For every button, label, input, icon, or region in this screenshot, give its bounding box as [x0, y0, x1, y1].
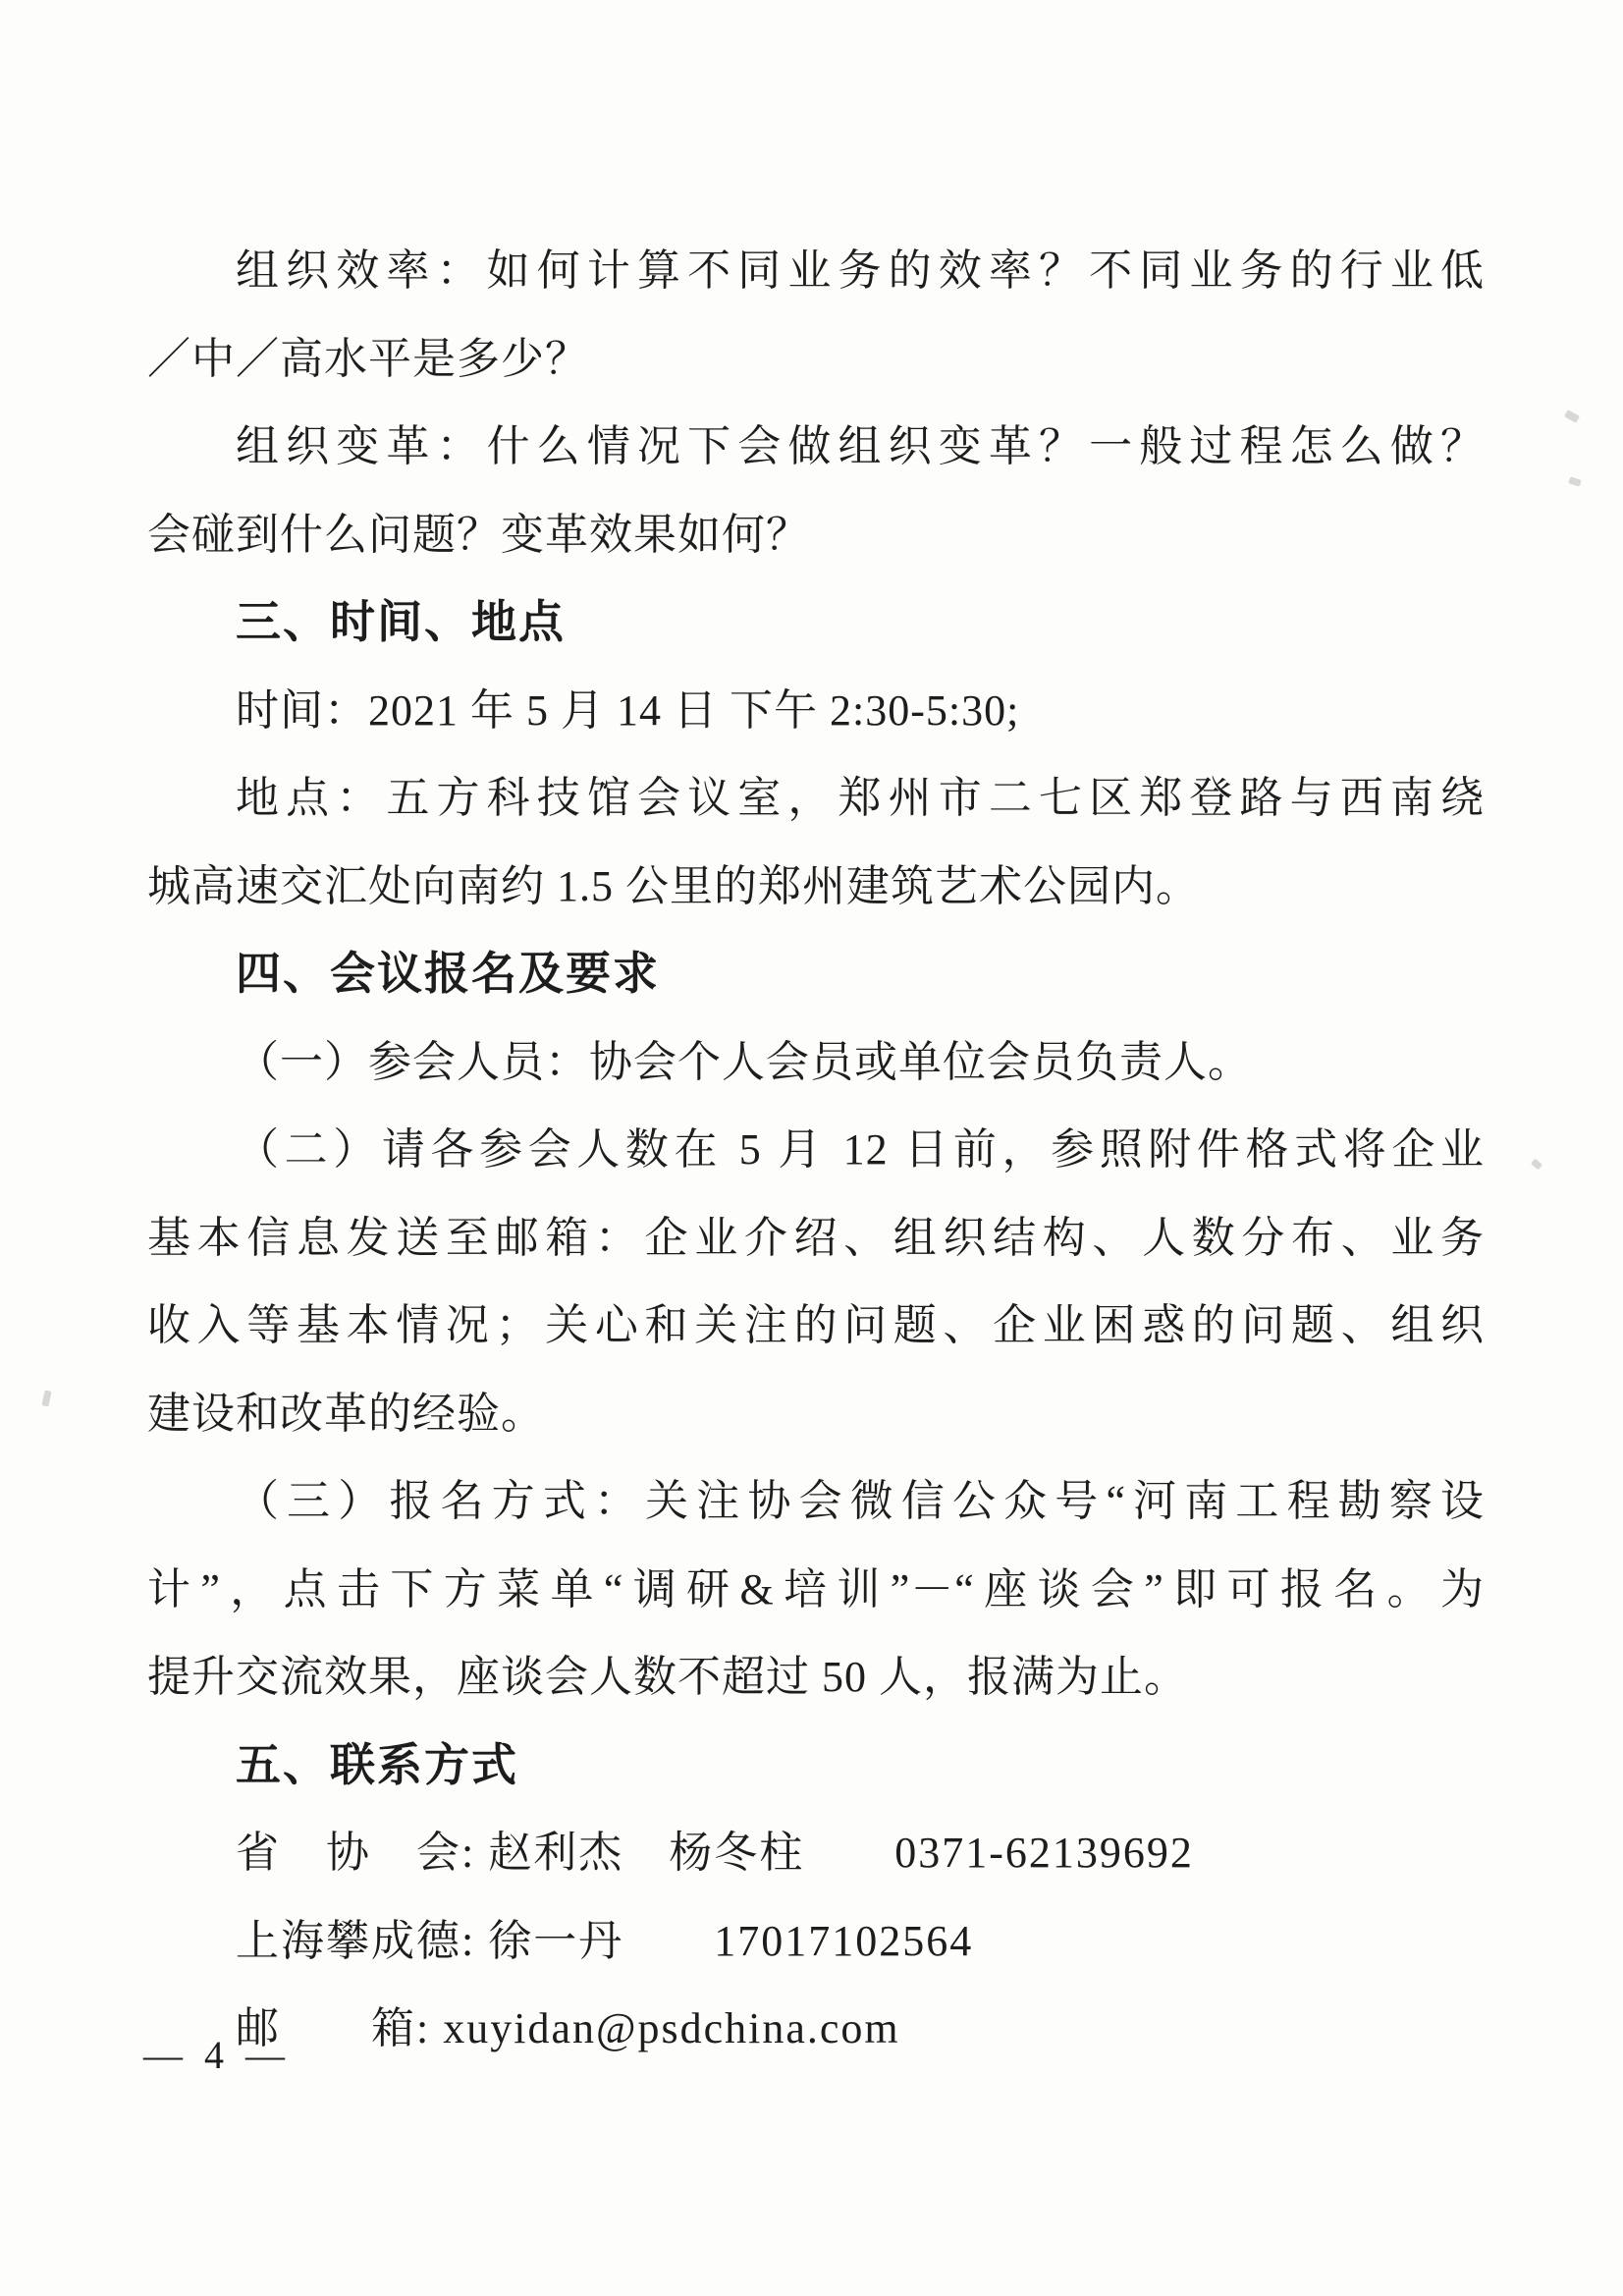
scan-artifact	[1531, 1159, 1542, 1171]
paragraph-line-signup-method-cont2: 提升交流效果，座谈会人数不超过 50 人，报满为止。	[147, 1633, 1485, 1722]
paragraph-line-attendees: （一）参会人员：协会个人会员或单位会员负责人。	[147, 1018, 1485, 1107]
scan-artifact	[41, 1390, 51, 1406]
paragraph-line-signup-method: （三）报名方式：关注协会微信公众号“河南工程勘察设	[147, 1457, 1485, 1546]
page-number: — 4 —	[143, 2021, 291, 2090]
paragraph-line-org-efficiency-cont: ／中／高水平是多少？	[147, 315, 1485, 404]
paragraph-line-deadline-cont2: 收入等基本情况；关心和关注的问题、企业困惑的问题、组织	[147, 1282, 1485, 1370]
section-heading-time-location: 三、时间、地点	[147, 578, 1485, 667]
paragraph-line-location-cont: 城高速交汇处向南约 1.5 公里的郑州建筑艺术公园内。	[147, 843, 1485, 931]
paragraph-line-signup-method-cont1: 计”，点击下方菜单“调研&培训”－“座谈会”即可报名。为	[147, 1546, 1485, 1634]
section-heading-contact: 五、联系方式	[147, 1722, 1485, 1810]
scan-artifact	[1564, 410, 1580, 423]
contact-line-shanghai-pansheng: 上海攀成德: 徐一丹 17017102564	[147, 1897, 1485, 1986]
paragraph-line-time: 时间：2021 年 5 月 14 日 下午 2:30-5:30;	[147, 667, 1485, 755]
section-heading-registration: 四、会议报名及要求	[147, 930, 1485, 1018]
paragraph-line-location: 地点：五方科技馆会议室，郑州市二七区郑登路与西南绕	[147, 754, 1485, 843]
contact-line-email: 邮 箱: xuyidan@psdchina.com	[147, 1985, 1485, 2073]
paragraph-line-deadline-cont1: 基本信息发送至邮箱：企业介绍、组织结构、人数分布、业务	[147, 1194, 1485, 1283]
paragraph-line-org-change: 组织变革：什么情况下会做组织变革？一般过程怎么做？	[147, 403, 1485, 491]
document-body: 组织效率：如何计算不同业务的效率？不同业务的行业低 ／中／高水平是多少？ 组织变…	[147, 227, 1485, 2073]
paragraph-line-org-change-cont: 会碰到什么问题？变革效果如何？	[147, 491, 1485, 579]
document-page: 组织效率：如何计算不同业务的效率？不同业务的行业低 ／中／高水平是多少？ 组织变…	[0, 0, 1623, 2296]
contact-line-province-association: 省 协 会: 赵利杰 杨冬柱 0371-62139692	[147, 1809, 1485, 1897]
scan-artifact	[1568, 476, 1582, 486]
paragraph-line-deadline-cont3: 建设和改革的经验。	[147, 1370, 1485, 1458]
paragraph-line-deadline: （二）请各参会人数在 5 月 12 日前，参照附件格式将企业	[147, 1106, 1485, 1194]
paragraph-line-org-efficiency: 组织效率：如何计算不同业务的效率？不同业务的行业低	[147, 227, 1485, 315]
